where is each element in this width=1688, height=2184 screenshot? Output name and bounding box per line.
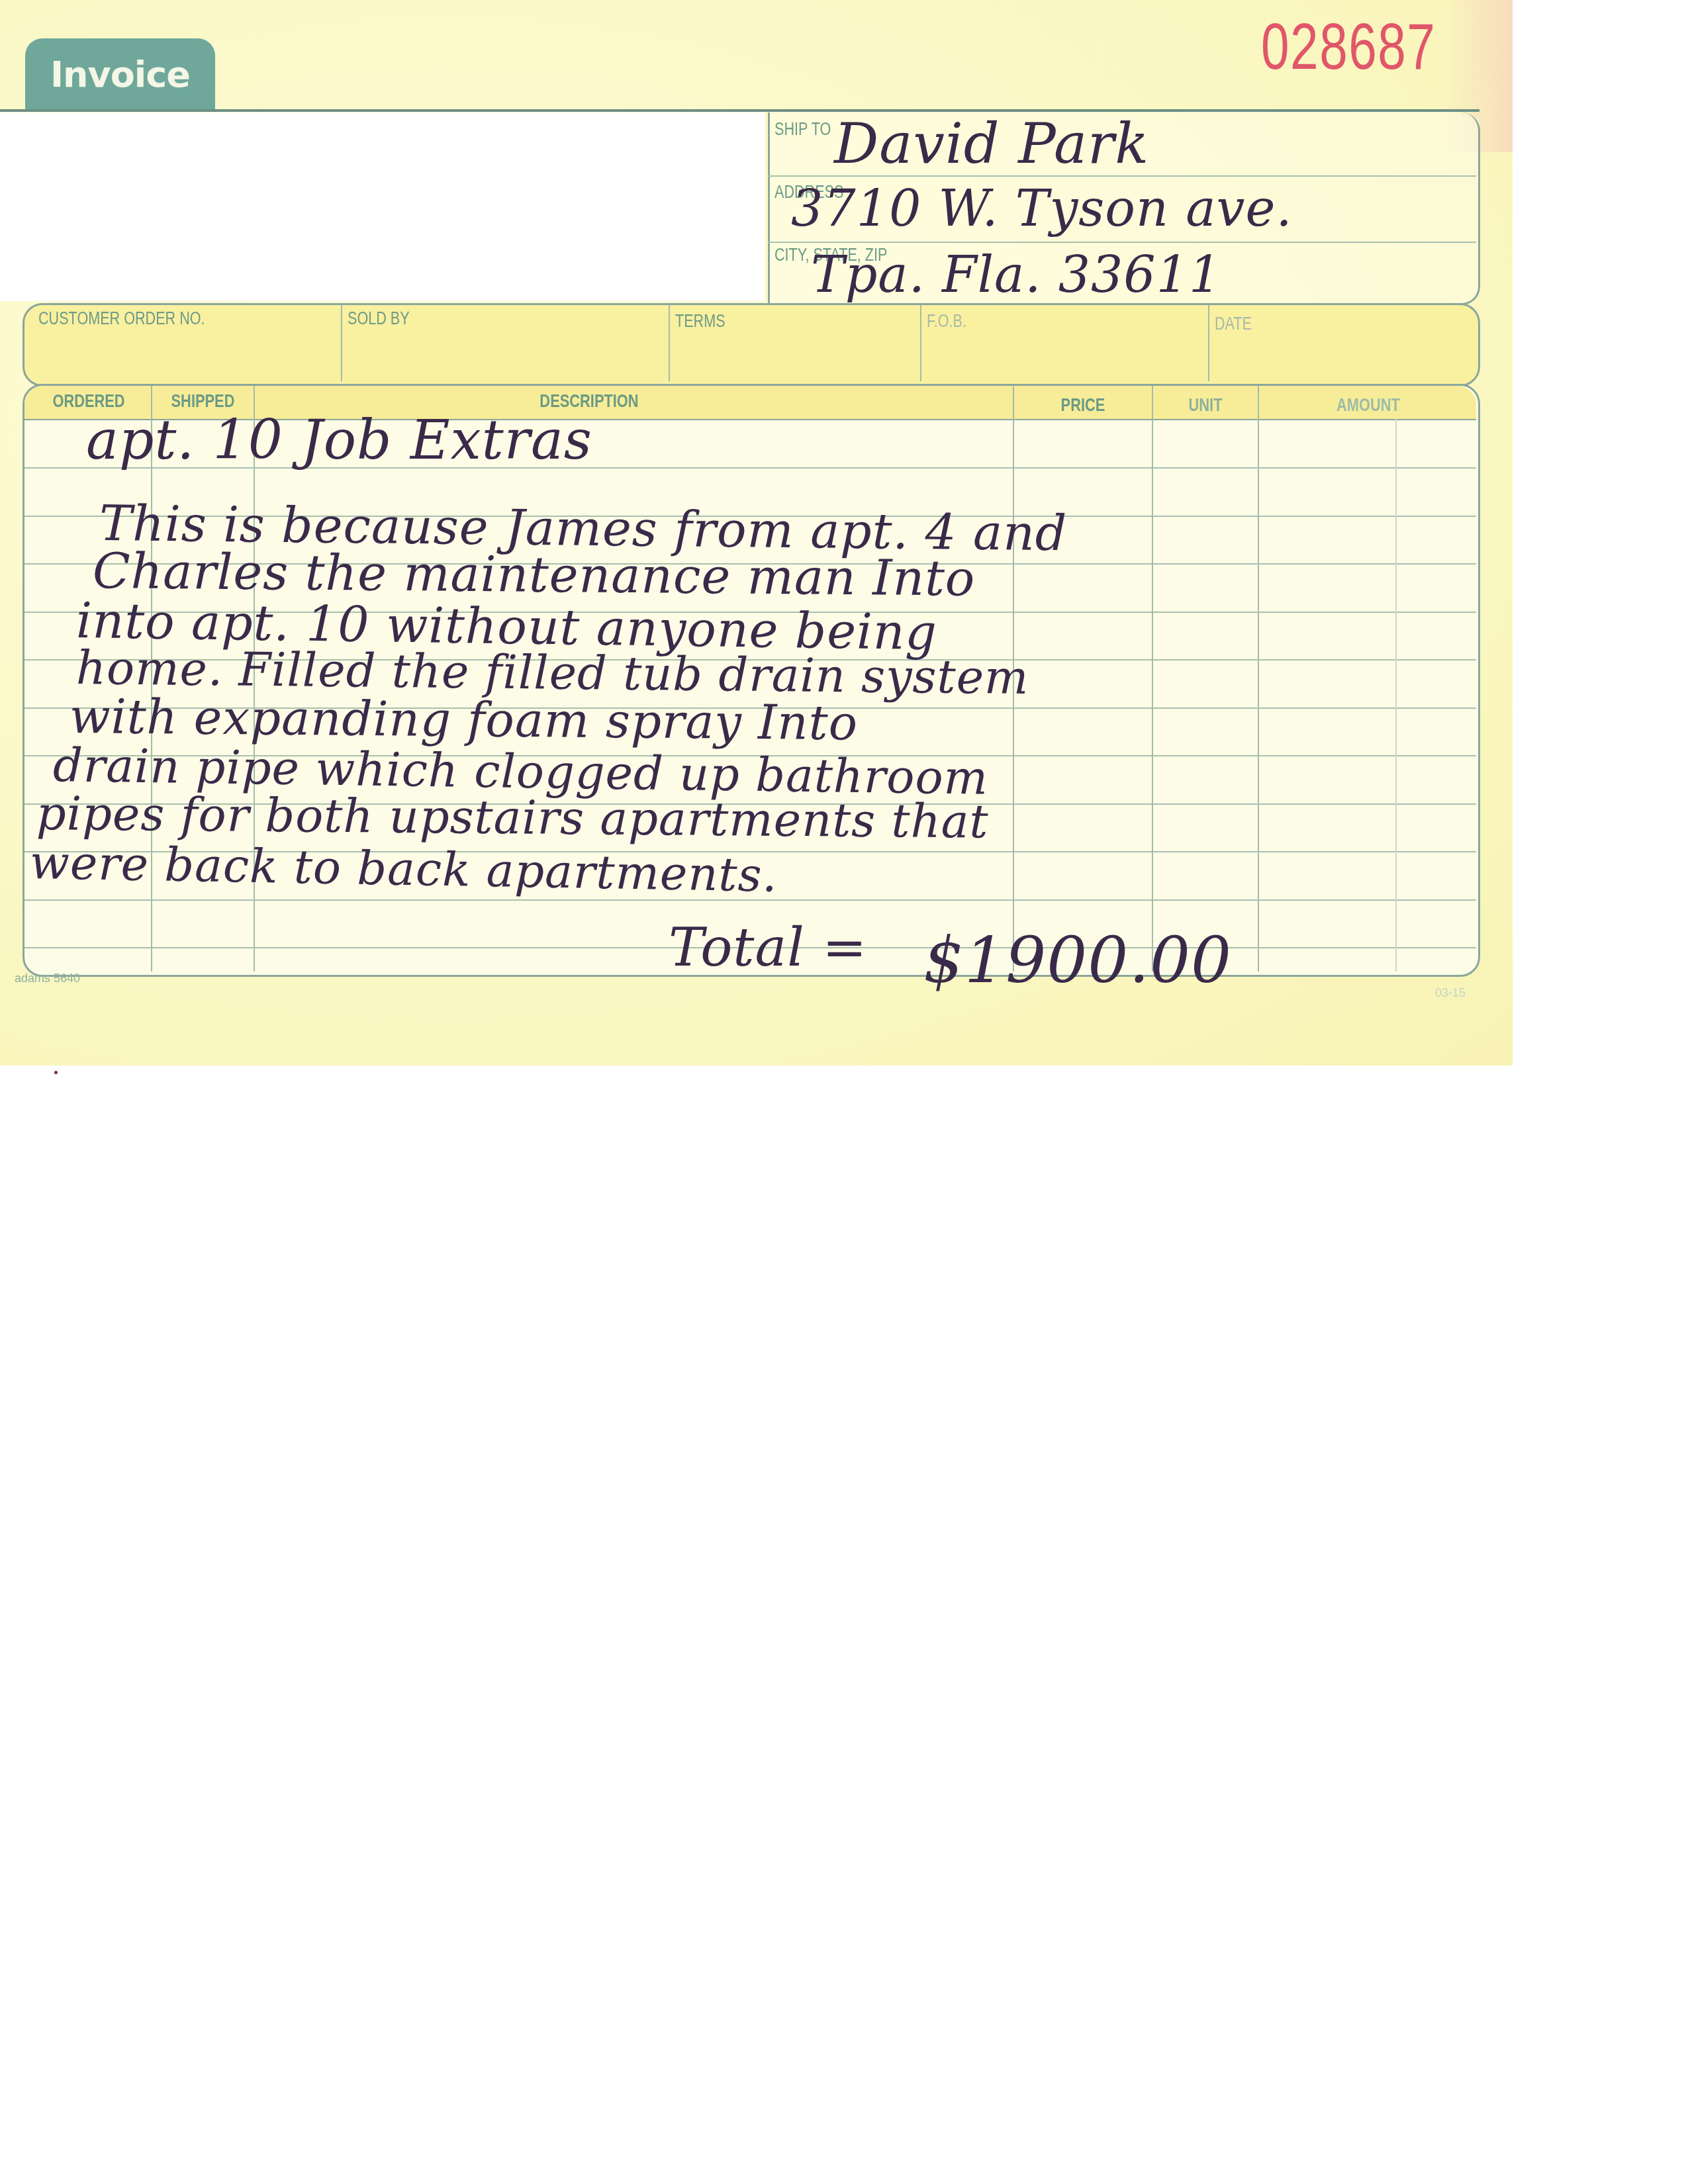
ship-to-name: David Park — [834, 111, 1149, 176]
redacted-sender-block — [0, 113, 765, 301]
customer-order-no-label: CUSTOMER ORDER NO. — [38, 308, 205, 329]
invoice-serial-number: 028687 — [1261, 9, 1436, 84]
description-line: apt. 10 Job Extras — [86, 409, 592, 472]
order-divider-3 — [920, 305, 921, 381]
terms-label: TERMS — [675, 311, 726, 332]
total-amount: $1900.00 — [923, 923, 1232, 997]
col-divider-amount-cents — [1395, 419, 1397, 972]
total-label: Total = — [669, 917, 867, 978]
invoice-title: Invoice — [50, 54, 190, 95]
order-info-row — [23, 303, 1480, 387]
invoice-title-tab: Invoice — [25, 38, 215, 110]
header-rule — [0, 109, 1479, 112]
form-stock-code: adams 5640 — [15, 972, 80, 985]
col-divider-unit — [1258, 386, 1259, 972]
order-divider-1 — [341, 305, 342, 381]
ship-to-city-state-zip: Tpa. Fla. 33611 — [811, 245, 1221, 304]
col-header-unit: UNIT — [1164, 394, 1246, 416]
ship-to-label: SHIP TO — [774, 119, 831, 140]
order-divider-4 — [1208, 305, 1209, 381]
date-label: DATE — [1215, 314, 1252, 334]
address-divider — [768, 242, 1476, 243]
fob-label: F.O.B. — [927, 311, 966, 332]
scan-speck — [54, 1071, 58, 1074]
order-divider-2 — [669, 305, 670, 381]
col-header-amount: AMOUNT — [1283, 394, 1453, 416]
ship-to-address: 3710 W. Tyson ave. — [791, 179, 1293, 238]
col-divider-price — [1152, 386, 1153, 972]
col-header-price: PRICE — [1029, 394, 1137, 416]
sold-by-label: SOLD BY — [348, 308, 410, 329]
form-version-code: 03-15 — [1435, 986, 1466, 1000]
